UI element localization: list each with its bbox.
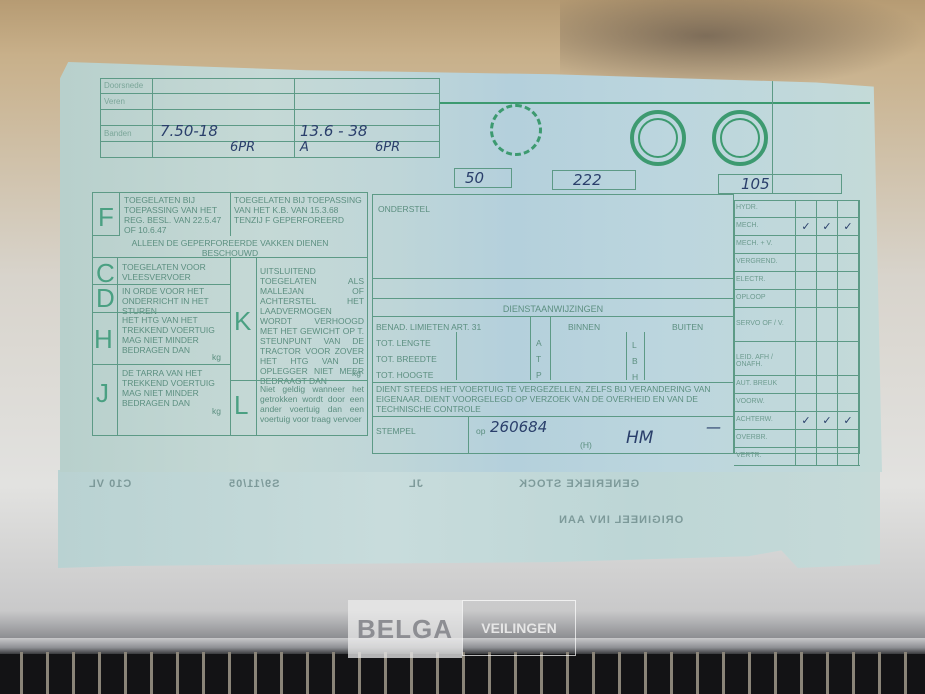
tot-breedte-right: B — [632, 356, 638, 366]
dash-mark: — — [706, 418, 721, 436]
stempel-label: STEMPEL — [376, 426, 416, 436]
checklist-row: OVERBR. — [734, 430, 860, 448]
checklist-row: VOORW. — [734, 394, 860, 412]
radiator-fins — [0, 652, 925, 694]
divider — [456, 332, 457, 380]
front-wheel-icon — [490, 104, 542, 156]
checklist-row: VERTR. — [734, 448, 860, 466]
section-f-letter: F — [98, 202, 114, 233]
checklist-row: OPLOOP — [734, 290, 860, 308]
divider — [530, 316, 531, 380]
divider — [550, 316, 551, 380]
tot-lengte-right: L — [632, 340, 637, 350]
onderstel-label: ONDERSTEL — [378, 204, 430, 214]
tot-hoogte-right: H — [632, 372, 638, 382]
divider — [372, 278, 734, 279]
brakes-checklist: HYDR. MECH.✓✓✓ MECH. + V. VERGREND. ELEC… — [734, 200, 860, 466]
divider — [92, 364, 230, 365]
benad-limieten-label: BENAD. LIMIETEN ART. 31 — [376, 322, 481, 332]
section-h-letter: H — [94, 324, 113, 355]
section-h-unit: kg — [212, 352, 221, 362]
divider — [294, 78, 295, 158]
tot-hoogte-mid: P — [536, 370, 542, 380]
tot-breedte-label: TOT. BREEDTE — [376, 354, 437, 364]
reverse-print: ORIGINEEL INV AAN — [558, 514, 683, 526]
dimension-box: 222 — [552, 170, 636, 190]
divider — [372, 316, 734, 317]
reverse-print: C10 VL — [88, 478, 131, 490]
inspector-initials: HM — [626, 428, 653, 448]
reverse-print: GENERIEKE STOCK — [518, 478, 639, 490]
reverse-print: JL — [408, 478, 423, 490]
divider — [92, 312, 230, 313]
watermark-suffix: VEILINGEN — [462, 600, 576, 656]
tire-size-front: 7.50-18 — [160, 122, 218, 140]
check-icon: ✓ — [838, 412, 859, 429]
check-icon: ✓ — [838, 218, 859, 235]
divider — [230, 258, 231, 436]
h-label: (H) — [580, 440, 592, 450]
header-row: Doorsnede — [100, 78, 440, 94]
watermark-brand: BELGA — [348, 600, 462, 658]
check-icon: ✓ — [817, 412, 838, 429]
rear-wheel-inner-icon — [720, 118, 760, 158]
checklist-row: VERGREND. — [734, 254, 860, 272]
section-k-unit: kg — [352, 368, 361, 378]
header-row — [100, 110, 440, 126]
divider — [230, 380, 368, 381]
checklist-row: HYDR. — [734, 200, 860, 218]
checklist-row: MECH. + V. — [734, 236, 860, 254]
registration-document: Doorsnede Veren Banden 7.50-18 13.6 - 38… — [60, 62, 882, 472]
divider — [372, 416, 734, 417]
notice-text: DIENT STEEDS HET VOERTUIG TE VERGEZELLEN… — [376, 384, 730, 414]
checklist-row: ELECTR. — [734, 272, 860, 290]
header-table: Doorsnede Veren Banden 7.50-18 13.6 - 38… — [100, 78, 440, 158]
section-f-right-text: TOEGELATEN BIJ TOEPASSING VAN HET K.B. V… — [234, 195, 366, 225]
underlying-sheet: C10 VL S9/11/05 JL GENERIEKE STOCK ORIGI… — [58, 470, 880, 568]
section-j-unit: kg — [212, 406, 221, 416]
dimension-box: 105 — [718, 174, 842, 194]
ply-rating-front: 6PR — [230, 140, 255, 155]
axle-drawing: 50 222 105 — [440, 74, 880, 194]
divider — [256, 258, 257, 436]
divider — [644, 332, 645, 380]
section-k-text: UITSLUITEND TOEGELATEN ALS MALLEJAN OF A… — [260, 266, 364, 386]
section-f-left-text: TOEGELATEN BIJ TOEPASSING VAN HET REG. B… — [124, 195, 228, 235]
tot-hoogte-label: TOT. HOOGTE — [376, 370, 433, 380]
section-h-text: HET HTG VAN HET TREKKEND VOERTUIG MAG NI… — [122, 315, 226, 355]
rear-marker: A — [300, 140, 309, 155]
check-icon: ✓ — [817, 218, 838, 235]
section-c-text: TOEGELATEN VOOR VLEESVERVOER — [122, 262, 226, 282]
ply-rating-rear: 6PR — [375, 140, 400, 155]
dimension-box: 50 — [454, 168, 512, 188]
checklist-row: ACHTERW.✓✓✓ — [734, 412, 860, 430]
check-icon: ✓ — [796, 218, 817, 235]
divider — [152, 78, 153, 158]
divider — [468, 416, 469, 454]
chassis-line — [440, 102, 870, 104]
section-j-letter: J — [96, 378, 109, 409]
tire-size-rear: 13.6 - 38 — [300, 122, 367, 140]
stamp-date: 260684 — [490, 418, 547, 436]
divider — [626, 332, 627, 380]
perforation-note: ALLEEN DE GEPERFOREERDE VAKKEN DIENEN BE… — [130, 238, 330, 258]
binnen-label: BINNEN — [568, 322, 600, 332]
divider — [372, 382, 734, 383]
tot-breedte-mid: T — [536, 354, 541, 364]
section-k-letter: K — [234, 306, 251, 337]
tot-lengte-mid: A — [536, 338, 542, 348]
rear-wheel-inner-icon — [638, 118, 678, 158]
buiten-label: BUITEN — [672, 322, 703, 332]
dienstaanwijzingen-title: DIENSTAANWIJZINGEN — [372, 304, 734, 314]
section-l-letter: L — [234, 390, 248, 421]
section-j-text: DE TARRA VAN HET TREKKEND VOERTUIG MAG N… — [122, 368, 226, 408]
radiator — [0, 652, 925, 694]
op-label: op — [476, 426, 485, 436]
belga-veilingen-watermark: BELGA VEILINGEN — [348, 600, 576, 658]
divider — [230, 192, 231, 236]
divider — [372, 298, 734, 299]
checklist-row: MECH.✓✓✓ — [734, 218, 860, 236]
checklist-row: LEID. AFH / ONAFH. — [734, 342, 860, 376]
checklist-row: AUT. BREUK — [734, 376, 860, 394]
check-icon: ✓ — [796, 412, 817, 429]
checklist-row: SERVO OF / V. — [734, 308, 860, 342]
section-d-letter: D — [96, 283, 115, 314]
tot-lengte-label: TOT. LENGTE — [376, 338, 431, 348]
section-l-text: Niet geldig wanneer het getrokken wordt … — [260, 384, 364, 424]
header-row: Veren — [100, 94, 440, 110]
reverse-print: S9/11/05 — [228, 478, 279, 490]
